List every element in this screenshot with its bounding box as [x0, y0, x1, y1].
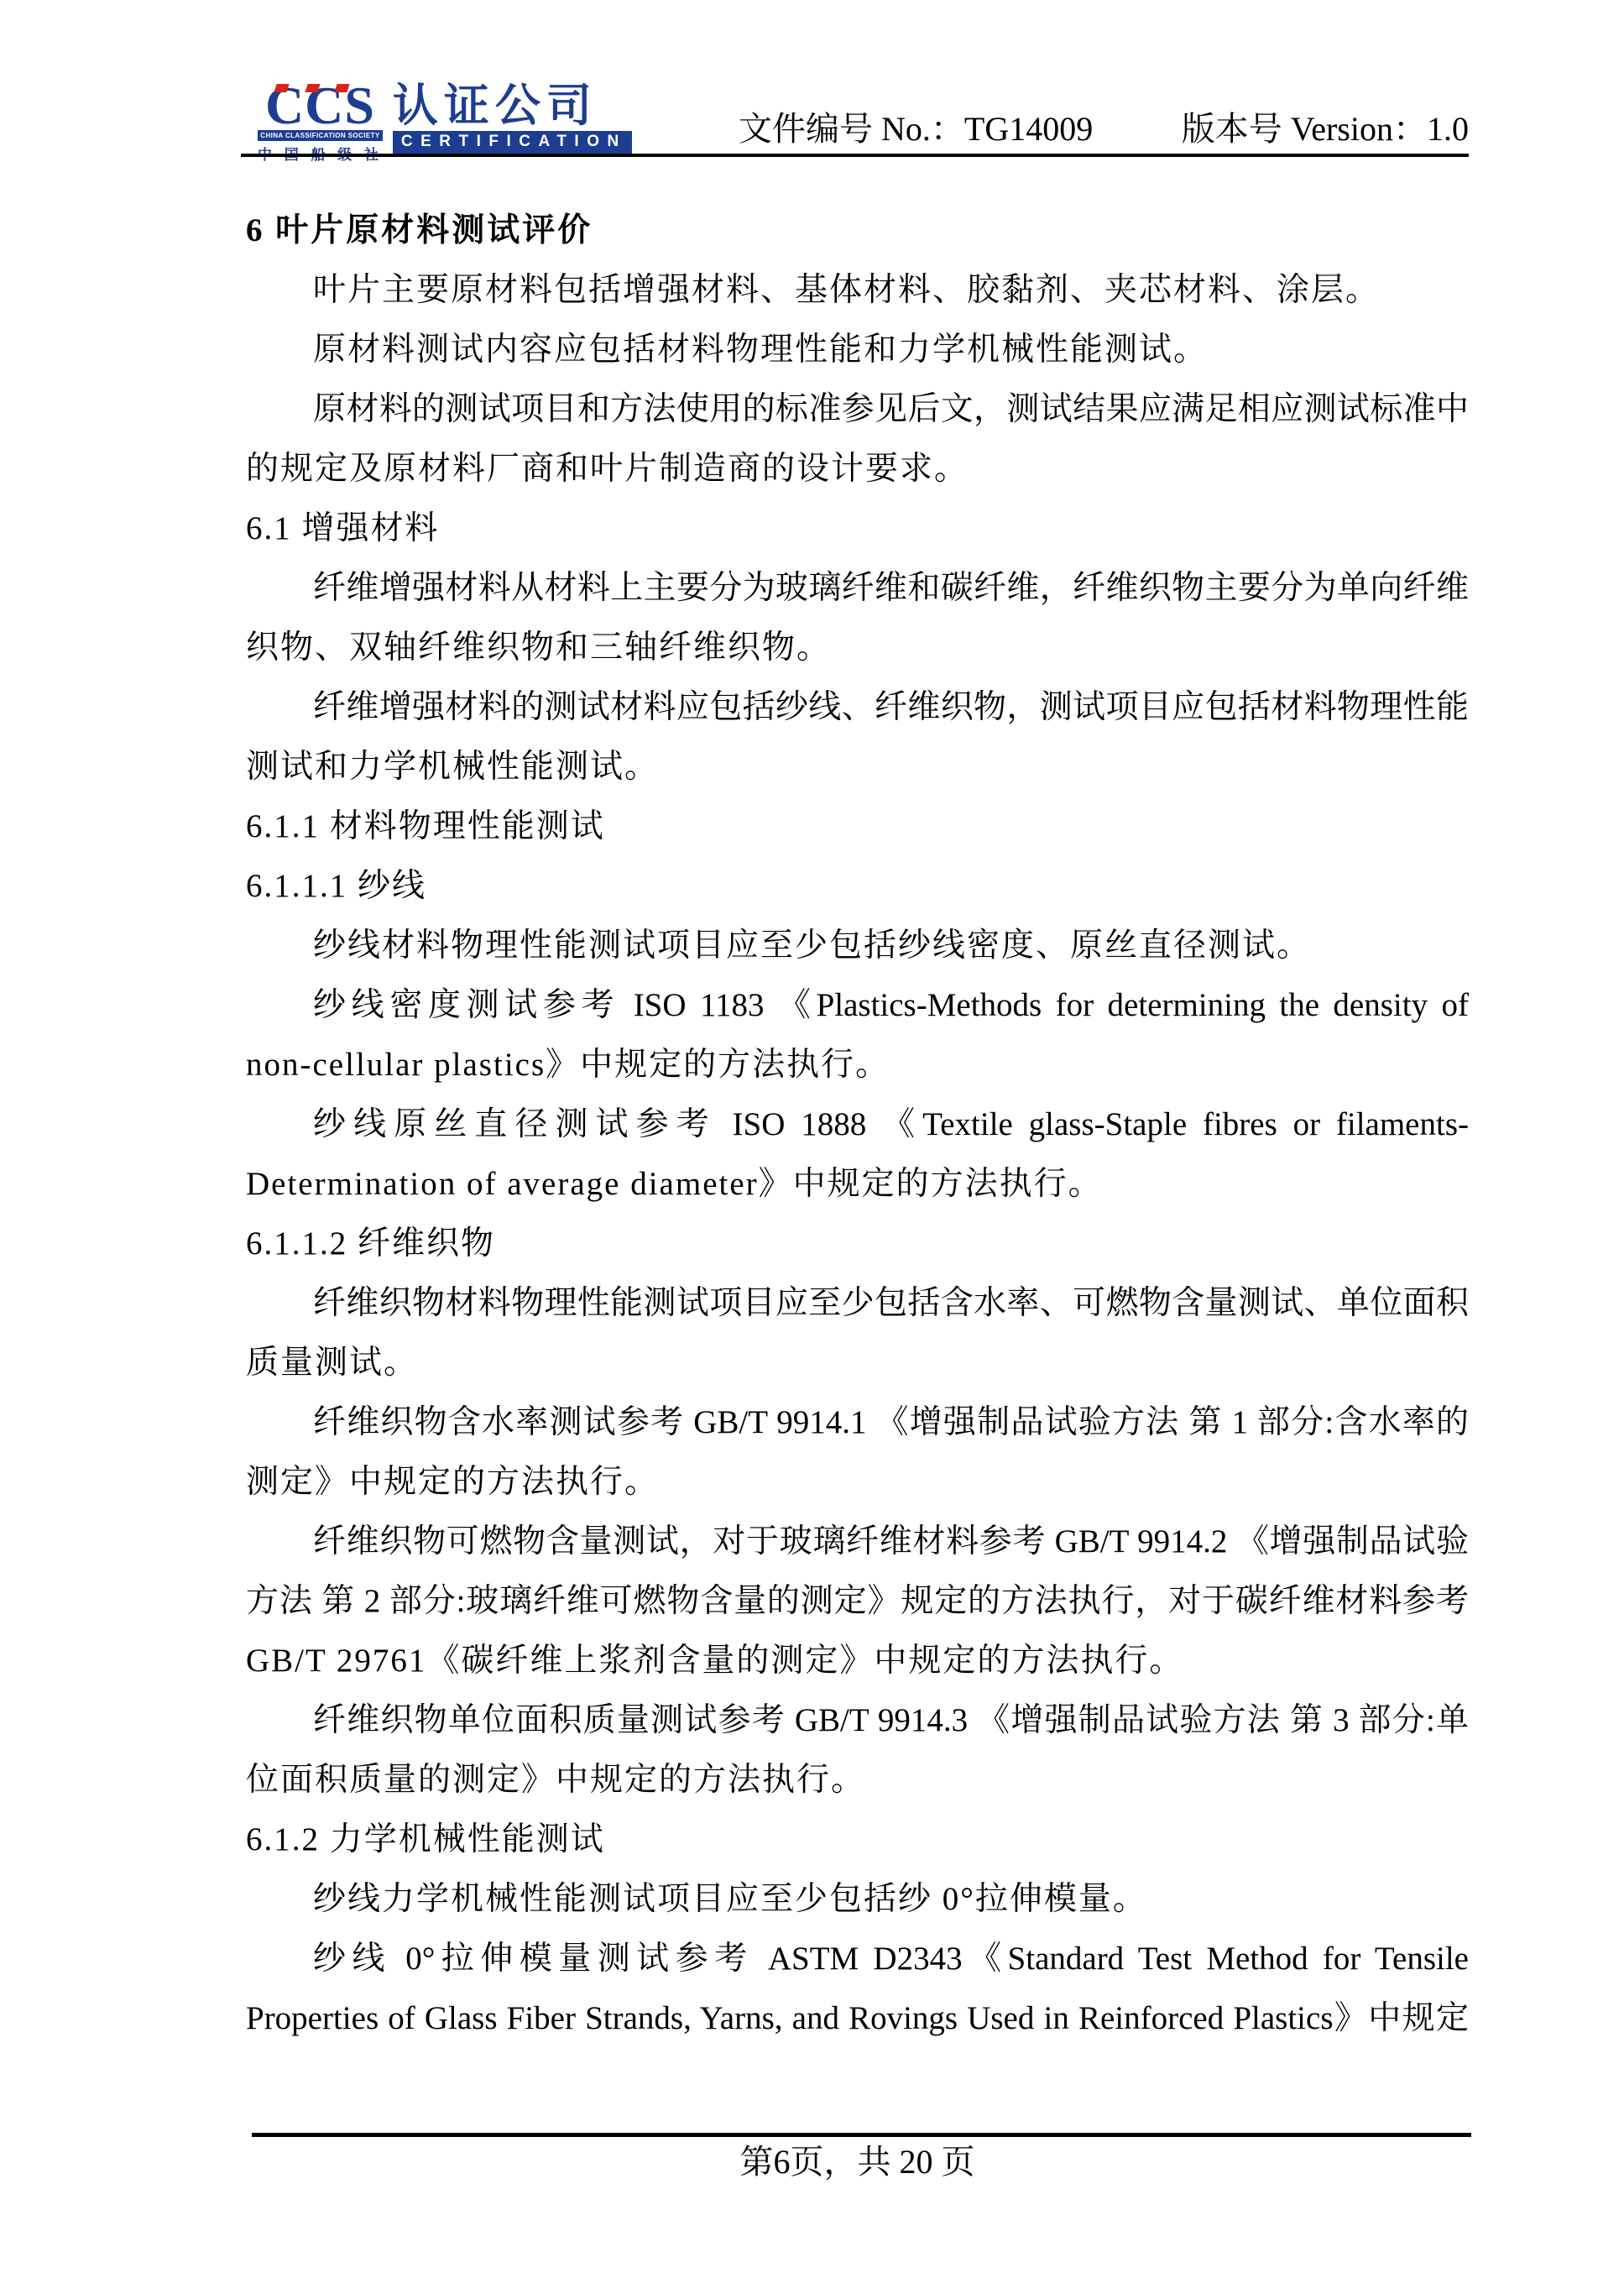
- document-line: 纱线材料物理性能测试项目应至少包括纱线密度、原丝直径测试。: [246, 916, 1469, 975]
- document-line: 纤维织物单位面积质量测试参考 GB/T 9914.3 《增强制品试验方法 第 3…: [246, 1690, 1469, 1750]
- ccs-logo-red-accent-icon: [274, 84, 289, 92]
- document-line: 纱线 0°拉伸模量测试参考 ASTM D2343《Standard Test M…: [246, 1929, 1469, 1988]
- document-line: 6 叶片原材料测试评价: [246, 201, 1469, 260]
- ccs-logo-left: CCS CHINA CLASSIFICATION SOCIETY 中 国 船 级…: [258, 85, 383, 164]
- ccs-logo-right: 认证公司 CERTIFICATION: [393, 85, 632, 154]
- document-line: 质量测试。: [246, 1333, 1469, 1392]
- doc-number: 文件编号 No.：TG14009: [739, 109, 1093, 149]
- document-line: Determination of average diameter》中规定的方法…: [246, 1154, 1469, 1214]
- document-line: 纱线原丝直径测试参考 ISO 1888 《Textile glass-Stapl…: [246, 1095, 1469, 1154]
- certification-banner: CERTIFICATION: [393, 131, 632, 154]
- document-line: 纤维织物可燃物含量测试，对于玻璃纤维材料参考 GB/T 9914.2 《增强制品…: [246, 1512, 1469, 1571]
- ccs-logo-red-accent-icon: [334, 84, 349, 92]
- footer-divider: [252, 2133, 1471, 2137]
- document-line: 原材料测试内容应包括材料物理性能和力学机械性能测试。: [246, 320, 1469, 379]
- document-line: 纤维增强材料从材料上主要分为玻璃纤维和碳纤维，纤维织物主要分为单向纤维: [246, 558, 1469, 618]
- document-line: 6.1.1.2 纤维织物: [246, 1214, 1469, 1273]
- ccs-logo-red-accent-icon: [305, 84, 320, 92]
- document-line: 6.1.2 力学机械性能测试: [246, 1810, 1469, 1869]
- document-line: 方法 第 2 部分:玻璃纤维可燃物含量的测定》规定的方法执行，对于碳纤维材料参考: [246, 1571, 1469, 1631]
- document-line: 原材料的测试项目和方法使用的标准参见后文，测试结果应满足相应测试标准中: [246, 379, 1469, 439]
- header-document-info: 文件编号 No.：TG14009 版本号 Version：1.0: [739, 109, 1469, 149]
- document-line: 测定》中规定的方法执行。: [246, 1452, 1469, 1512]
- doc-version: 版本号 Version：1.0: [1182, 109, 1469, 149]
- document-line: 织物、双轴纤维织物和三轴纤维织物。: [246, 618, 1469, 677]
- header-divider: [241, 154, 1469, 157]
- ccs-logo-letters: CCS: [265, 85, 375, 127]
- document-line: 6.1 增强材料: [246, 499, 1469, 558]
- document-line: 纤维增强材料的测试材料应包括纱线、纤维织物，测试项目应包括材料物理性能: [246, 677, 1469, 737]
- ccs-logo: CCS CHINA CLASSIFICATION SOCIETY 中 国 船 级…: [258, 85, 632, 164]
- document-line: 6.1.1.1 纱线: [246, 856, 1469, 916]
- company-name-cn: 认证公司: [393, 85, 632, 127]
- document-line: 6.1.1 材料物理性能测试: [246, 797, 1469, 856]
- document-line: 纱线力学机械性能测试项目应至少包括纱 0°拉伸模量。: [246, 1869, 1469, 1929]
- document-page: CCS CHINA CLASSIFICATION SOCIETY 中 国 船 级…: [0, 0, 1624, 2278]
- document-line: 纱线密度测试参考 ISO 1183 《Plastics-Methods for …: [246, 975, 1469, 1035]
- document-line: 纤维织物材料物理性能测试项目应至少包括含水率、可燃物含量测试、单位面积: [246, 1273, 1469, 1333]
- document-line: GB/T 29761《碳纤维上浆剂含量的测定》中规定的方法执行。: [246, 1631, 1469, 1690]
- document-line: 位面积质量的测定》中规定的方法执行。: [246, 1750, 1469, 1810]
- document-body: 6 叶片原材料测试评价叶片主要原材料包括增强材料、基体材料、胶黏剂、夹芯材料、涂…: [246, 201, 1469, 2048]
- document-line: 的规定及原材料厂商和叶片制造商的设计要求。: [246, 439, 1469, 499]
- document-line: 测试和力学机械性能测试。: [246, 737, 1469, 797]
- document-line: non-cellular plastics》中规定的方法执行。: [246, 1035, 1469, 1095]
- document-line: 纤维织物含水率测试参考 GB/T 9914.1 《增强制品试验方法 第 1 部分…: [246, 1392, 1469, 1452]
- page-number: 第6页，共 20 页: [246, 2139, 1469, 2186]
- document-line: 叶片主要原材料包括增强材料、基体材料、胶黏剂、夹芯材料、涂层。: [246, 260, 1469, 320]
- document-line: Properties of Glass Fiber Strands, Yarns…: [246, 1988, 1469, 2048]
